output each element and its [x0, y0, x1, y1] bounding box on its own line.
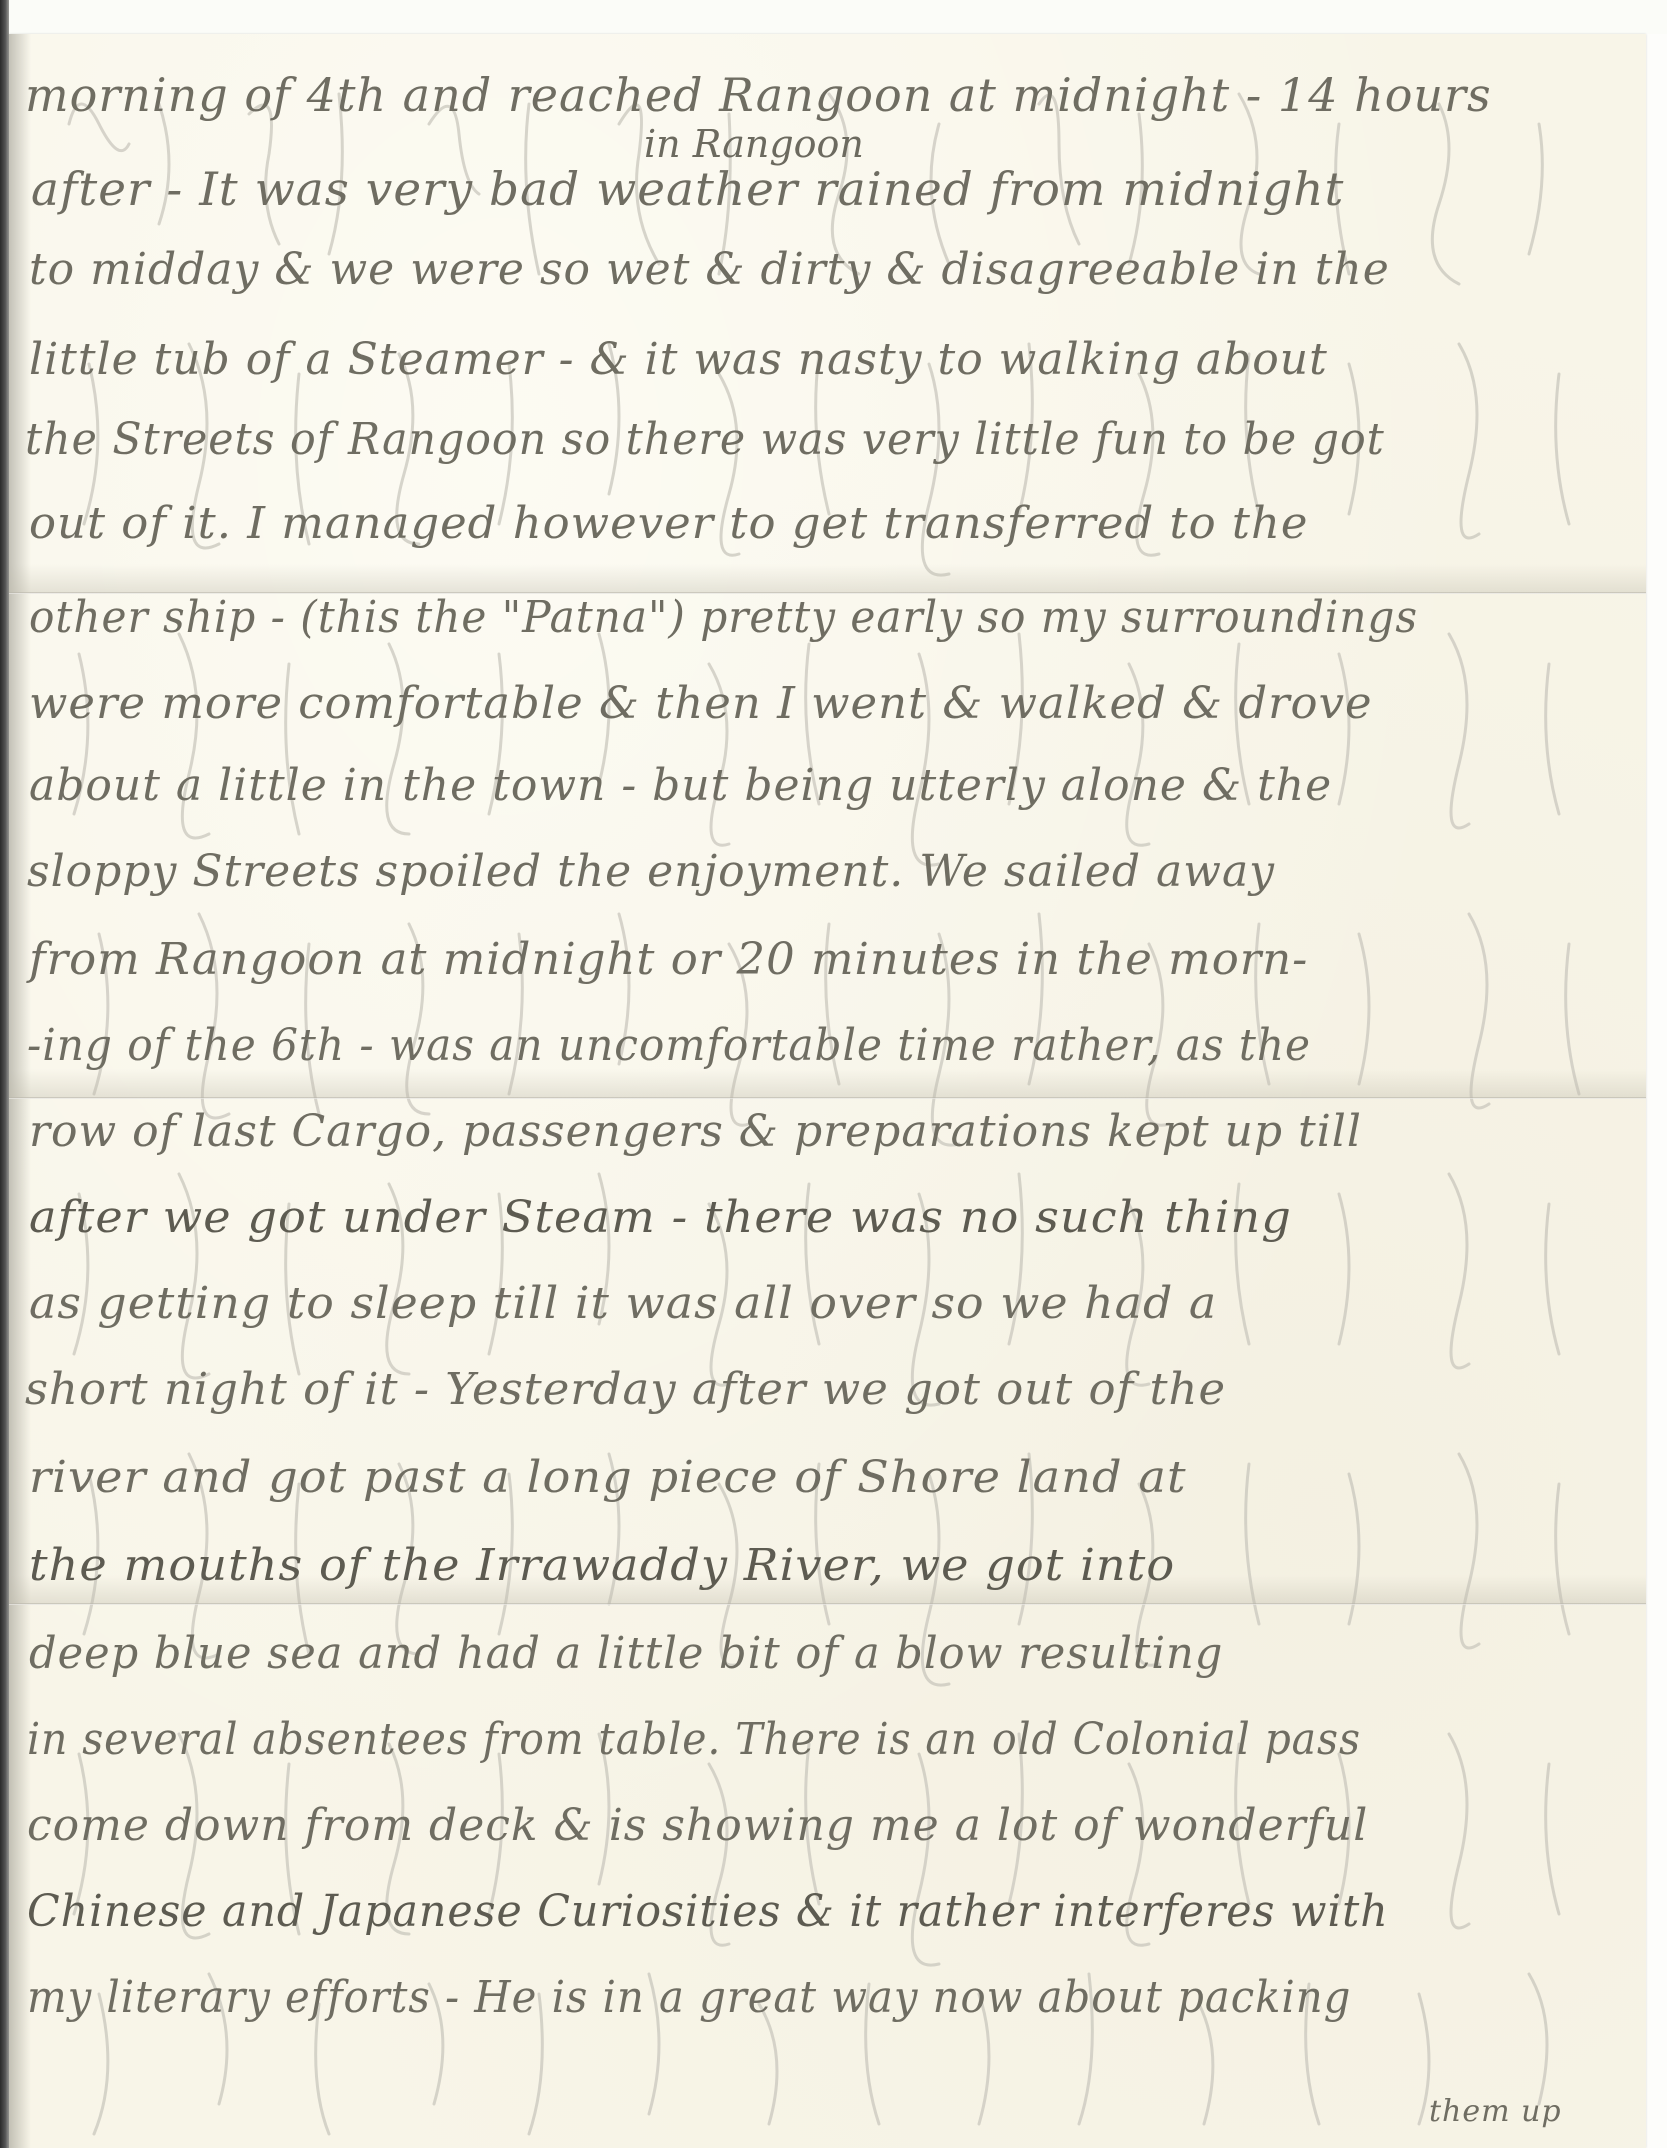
letter-line: from Rangoon at midnight or 20 minutes i… — [29, 934, 1308, 985]
letter-line: little tub of a Steamer - & it was nasty… — [29, 334, 1328, 385]
inserted-text: in Rangoon — [644, 122, 864, 166]
letter-line: the Streets of Rangoon so there was very… — [25, 414, 1385, 465]
letter-page: in Rangoon morning of 4th and reached Ra… — [9, 34, 1646, 2148]
letter-line: morning of 4th and reached Rangoon at mi… — [25, 68, 1492, 122]
scan-edge-shadow — [0, 0, 9, 2148]
letter-line-continuation: them up — [1429, 2094, 1562, 2129]
letter-line: deep blue sea and had a little bit of a … — [29, 1628, 1223, 1679]
letter-line: in several absentees from table. There i… — [27, 1714, 1361, 1765]
letter-line: Chinese and Japanese Curiosities & it ra… — [27, 1886, 1389, 1937]
letter-line: my literary efforts - He is in a great w… — [27, 1972, 1351, 2023]
letter-line: were more comfortable & then I went & wa… — [29, 678, 1373, 729]
letter-line: short night of it - Yesterday after we g… — [25, 1364, 1226, 1415]
letter-line: sloppy Streets spoiled the enjoyment. We… — [27, 846, 1275, 897]
letter-line: river and got past a long piece of Shore… — [29, 1452, 1187, 1503]
letter-line: after - It was very bad weather rained f… — [31, 162, 1344, 216]
letter-line: about a little in the town - but being u… — [29, 760, 1332, 811]
letter-line: come down from deck & is showing me a lo… — [27, 1800, 1368, 1851]
letter-line: row of last Cargo, passengers & preparat… — [29, 1106, 1362, 1157]
fold-line — [9, 1597, 1646, 1611]
fold-line — [9, 1091, 1646, 1105]
letter-line: after we got under Steam - there was no … — [29, 1192, 1292, 1243]
letter-line: as getting to sleep till it was all over… — [29, 1278, 1217, 1329]
letter-line: to midday & we were so wet & dirty & dis… — [29, 244, 1390, 295]
letter-line: the mouths of the Irrawaddy River, we go… — [29, 1540, 1175, 1591]
letter-line: -ing of the 6th - was an uncomfortable t… — [27, 1020, 1311, 1071]
scan-background — [9, 0, 1667, 34]
letter-line: other ship - (this the "Patna") pretty e… — [29, 592, 1418, 643]
letter-line: out of it. I managed however to get tran… — [29, 498, 1308, 549]
